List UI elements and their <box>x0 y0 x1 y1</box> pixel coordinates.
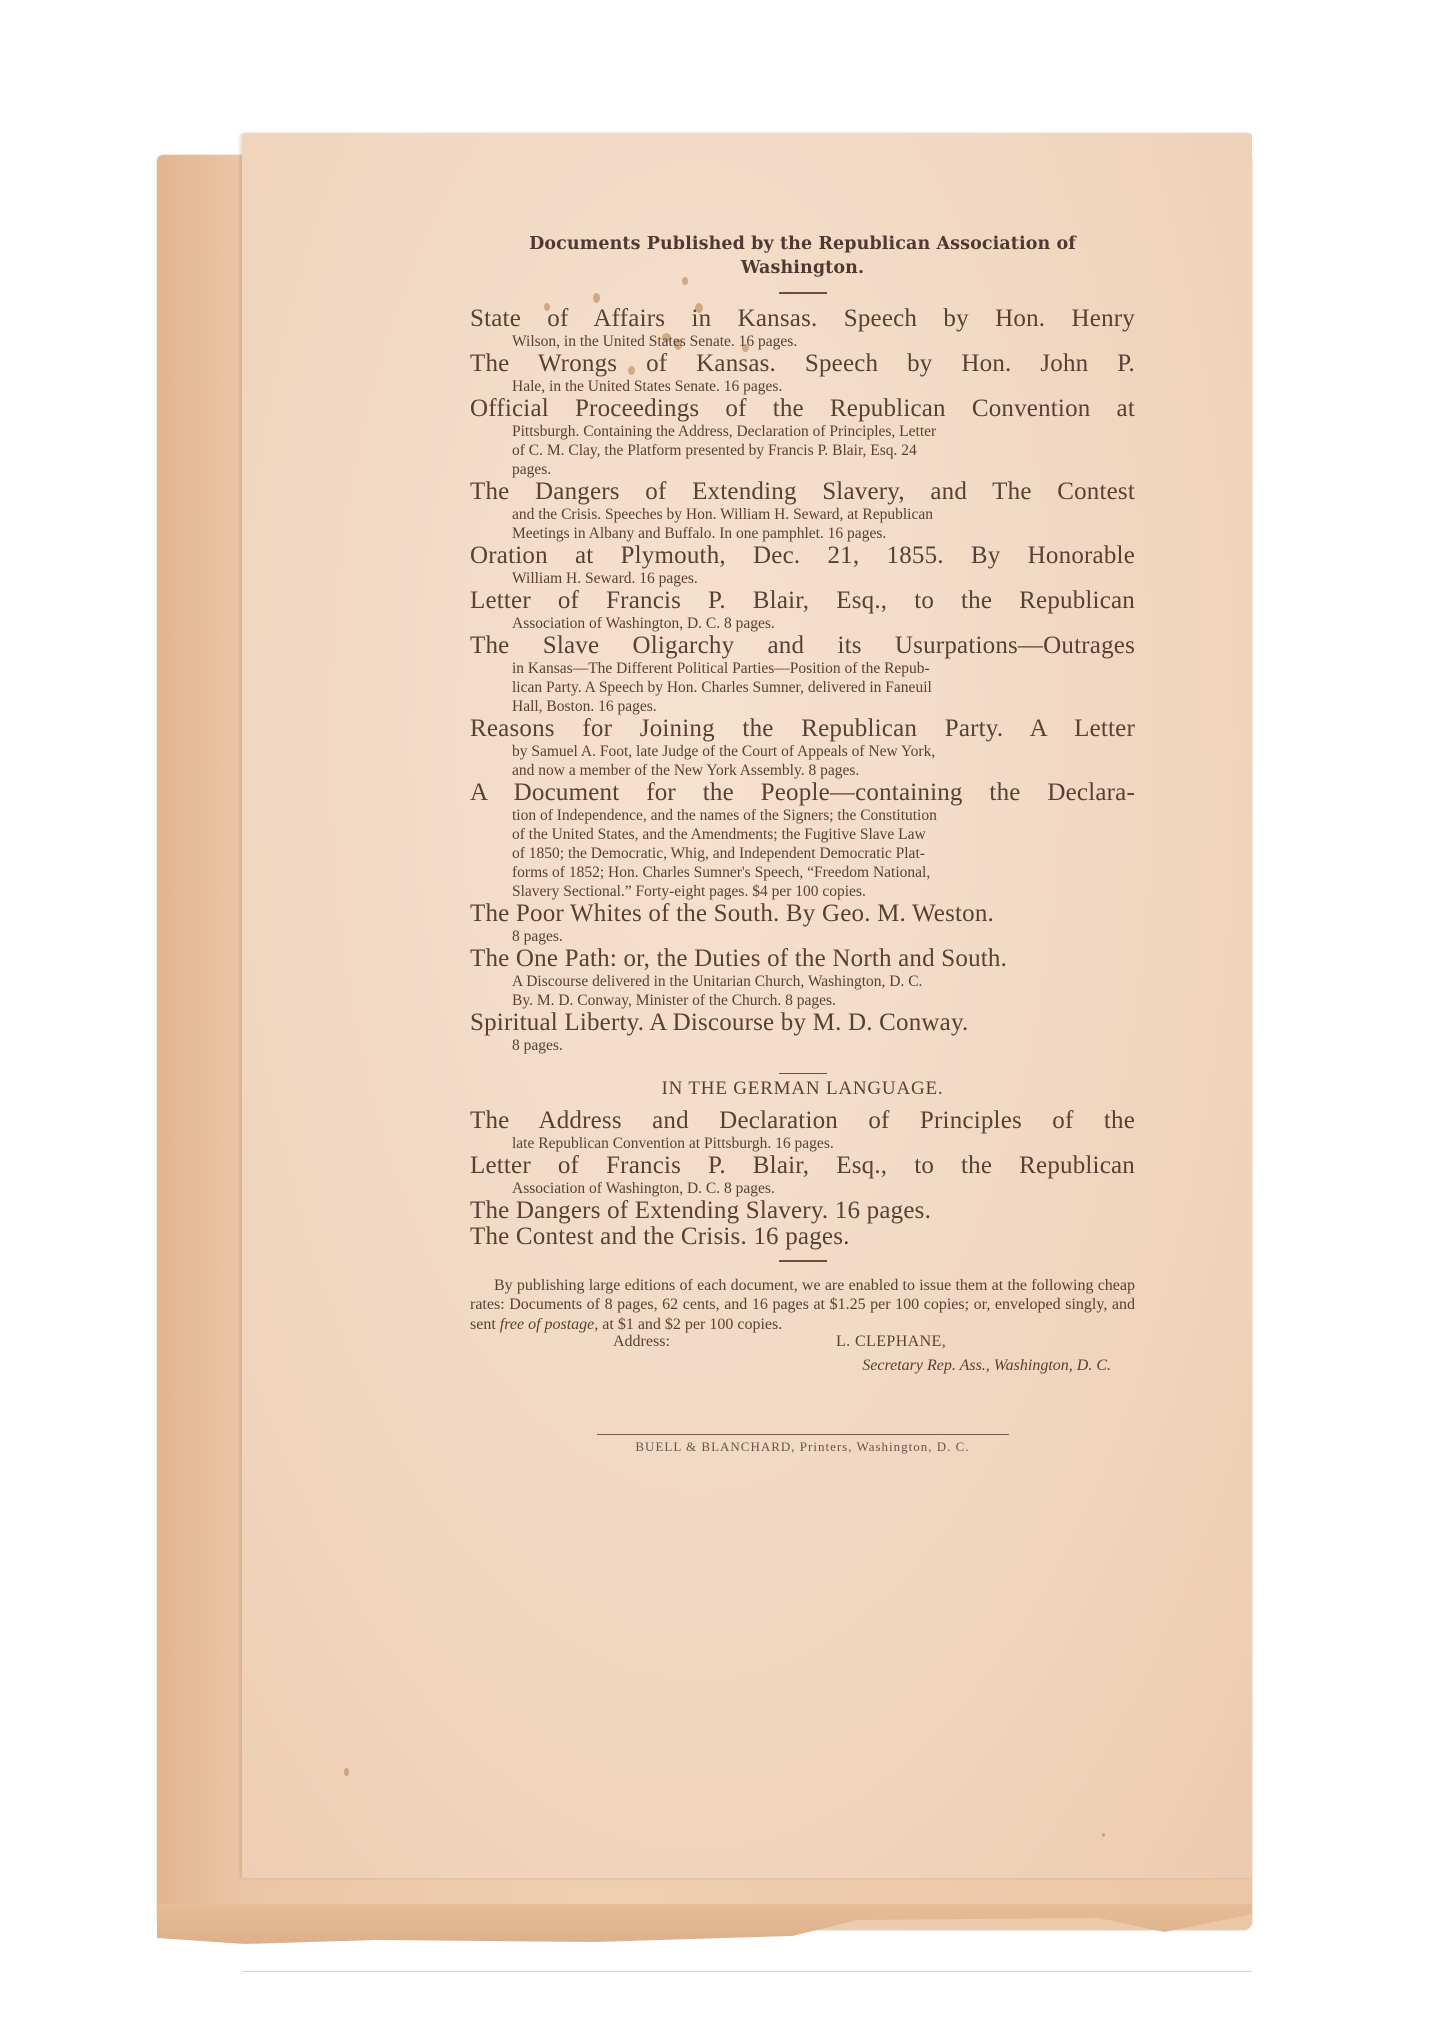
entry-description-line: forms of 1852; Hon. Charles Sumner's Spe… <box>512 863 1135 882</box>
document-entry: The Wrongs of Kansas. Speech by Hon. Joh… <box>470 351 1135 396</box>
rates-italic: free of postage, <box>500 1316 599 1333</box>
foxing-stain <box>344 1768 349 1776</box>
entry-title: Reasons for Joining the Republican Party… <box>470 716 1135 742</box>
entry-title: The Contest and the Crisis. 16 pages. <box>470 1224 1135 1250</box>
document-entry: Reasons for Joining the Republican Party… <box>470 716 1135 780</box>
document-entry: The Contest and the Crisis. 16 pages. <box>470 1224 1135 1250</box>
entry-description-line: Pittsburgh. Containing the Address, Decl… <box>512 422 1135 441</box>
torn-edge <box>157 1904 1252 1944</box>
entry-title: The One Path: or, the Duties of the Nort… <box>470 946 1135 972</box>
entry-description-line: Wilson, in the United States Senate. 16 … <box>512 332 1135 351</box>
entry-description: Wilson, in the United States Senate. 16 … <box>470 332 1135 351</box>
document-entry: Official Proceedings of the Republican C… <box>470 396 1135 479</box>
entry-description-line: and now a member of the New York Assembl… <box>512 761 1135 780</box>
entry-description: William H. Seward. 16 pages. <box>470 569 1135 588</box>
address-name: L. CLEPHANE, <box>836 1333 946 1351</box>
entry-description-line: Hale, in the United States Senate. 16 pa… <box>512 377 1135 396</box>
document-entry: Letter of Francis P. Blair, Esq., to the… <box>470 588 1135 633</box>
entry-description-line: Meetings in Albany and Buffalo. In one p… <box>512 524 1135 543</box>
entry-title: The Wrongs of Kansas. Speech by Hon. Joh… <box>470 351 1135 377</box>
entry-title: A Document for the People—containing the… <box>470 780 1135 806</box>
address-block: Address: L. CLEPHANE, <box>470 1334 1135 1356</box>
german-section-title: IN THE GERMAN LANGUAGE. <box>470 1078 1135 1100</box>
document-entry: The Slave Oligarchy and its Usurpations—… <box>470 633 1135 716</box>
entry-title: State of Affairs in Kansas. Speech by Ho… <box>470 306 1135 332</box>
entry-title: The Dangers of Extending Slavery. 16 pag… <box>470 1198 1135 1224</box>
document-entry: The Address and Declaration of Principle… <box>470 1108 1135 1153</box>
entry-title: The Dangers of Extending Slavery, and Th… <box>470 479 1135 505</box>
address-label: Address: <box>613 1333 670 1351</box>
document-entry: Spiritual Liberty. A Discourse by M. D. … <box>470 1010 1135 1055</box>
entry-description: Hale, in the United States Senate. 16 pa… <box>470 377 1135 396</box>
document-entry: The Dangers of Extending Slavery. 16 pag… <box>470 1198 1135 1224</box>
document-entry: Oration at Plymouth, Dec. 21, 1855. By H… <box>470 543 1135 588</box>
printer-imprint: BUELL & BLANCHARD, Printers, Washington,… <box>597 1434 1009 1455</box>
entry-title: Letter of Francis P. Blair, Esq., to the… <box>470 588 1135 614</box>
entry-description-line: Association of Washington, D. C. 8 pages… <box>512 614 1135 633</box>
entry-description: and the Crisis. Speeches by Hon. William… <box>470 505 1135 543</box>
entry-description-line: A Discourse delivered in the Unitarian C… <box>512 972 1135 991</box>
entry-title: The Address and Declaration of Principle… <box>470 1108 1135 1134</box>
entry-description: A Discourse delivered in the Unitarian C… <box>470 972 1135 1010</box>
entry-description-line: William H. Seward. 16 pages. <box>512 569 1135 588</box>
entry-description-line: tion of Independence, and the names of t… <box>512 806 1135 825</box>
rates-paragraph: By publishing large editions of each doc… <box>470 1276 1135 1335</box>
divider-rule <box>779 1260 827 1262</box>
entry-description-line: of C. M. Clay, the Platform presented by… <box>512 441 1135 460</box>
entry-title: The Poor Whites of the South. By Geo. M.… <box>470 901 1135 927</box>
entry-description-line: Association of Washington, D. C. 8 pages… <box>512 1179 1135 1198</box>
entry-title: Spiritual Liberty. A Discourse by M. D. … <box>470 1010 1135 1036</box>
entry-description: by Samuel A. Foot, late Judge of the Cou… <box>470 742 1135 780</box>
entry-title: Official Proceedings of the Republican C… <box>470 396 1135 422</box>
entry-title: Oration at Plymouth, Dec. 21, 1855. By H… <box>470 543 1135 569</box>
entry-description-line: and the Crisis. Speeches by Hon. William… <box>512 505 1135 524</box>
rates-text-end: at $1 and $2 per 100 copies. <box>598 1316 782 1333</box>
document-heading: Documents Published by the Republican As… <box>470 232 1135 280</box>
entry-title: Letter of Francis P. Blair, Esq., to the… <box>470 1153 1135 1179</box>
foxing-stain <box>1102 1833 1105 1837</box>
entry-description-line: pages. <box>512 460 1135 479</box>
entry-description-line: 8 pages. <box>512 1036 1135 1055</box>
document-entry: The Dangers of Extending Slavery, and Th… <box>470 479 1135 543</box>
entry-description: Pittsburgh. Containing the Address, Decl… <box>470 422 1135 479</box>
entry-description-line: By. M. D. Conway, Minister of the Church… <box>512 991 1135 1010</box>
entry-description-line: lican Party. A Speech by Hon. Charles Su… <box>512 678 1135 697</box>
entry-title: The Slave Oligarchy and its Usurpations—… <box>470 633 1135 659</box>
entry-description: tion of Independence, and the names of t… <box>470 806 1135 901</box>
address-title: Secretary Rep. Ass., Washington, D. C. <box>470 1356 1135 1376</box>
fold-crease <box>242 1971 1252 1972</box>
entry-description: Association of Washington, D. C. 8 pages… <box>470 1179 1135 1198</box>
document-entry: The One Path: or, the Duties of the Nort… <box>470 946 1135 1010</box>
entry-description-line: 8 pages. <box>512 927 1135 946</box>
document-entry: State of Affairs in Kansas. Speech by Ho… <box>470 306 1135 351</box>
document-list: State of Affairs in Kansas. Speech by Ho… <box>470 306 1135 1055</box>
document-entry: A Document for the People—containing the… <box>470 780 1135 901</box>
entry-description-line: of 1850; the Democratic, Whig, and Indep… <box>512 844 1135 863</box>
entry-description: Association of Washington, D. C. 8 pages… <box>470 614 1135 633</box>
entry-description: late Republican Convention at Pittsburgh… <box>470 1134 1135 1153</box>
entry-description-line: late Republican Convention at Pittsburgh… <box>512 1134 1135 1153</box>
document-entry: Letter of Francis P. Blair, Esq., to the… <box>470 1153 1135 1198</box>
document-entry: The Poor Whites of the South. By Geo. M.… <box>470 901 1135 946</box>
german-document-list: The Address and Declaration of Principle… <box>470 1108 1135 1250</box>
entry-description-line: by Samuel A. Foot, late Judge of the Cou… <box>512 742 1135 761</box>
divider-rule <box>779 292 827 294</box>
entry-description-line: of the United States, and the Amendments… <box>512 825 1135 844</box>
entry-description-line: Slavery Sectional.” Forty-eight pages. $… <box>512 882 1135 901</box>
divider-rule <box>779 1073 827 1075</box>
entry-description: in Kansas—The Different Political Partie… <box>470 659 1135 716</box>
entry-description: 8 pages. <box>470 927 1135 946</box>
document-body: Documents Published by the Republican As… <box>470 232 1135 1455</box>
entry-description-line: in Kansas—The Different Political Partie… <box>512 659 1135 678</box>
entry-description-line: Hall, Boston. 16 pages. <box>512 697 1135 716</box>
entry-description: 8 pages. <box>470 1036 1135 1055</box>
